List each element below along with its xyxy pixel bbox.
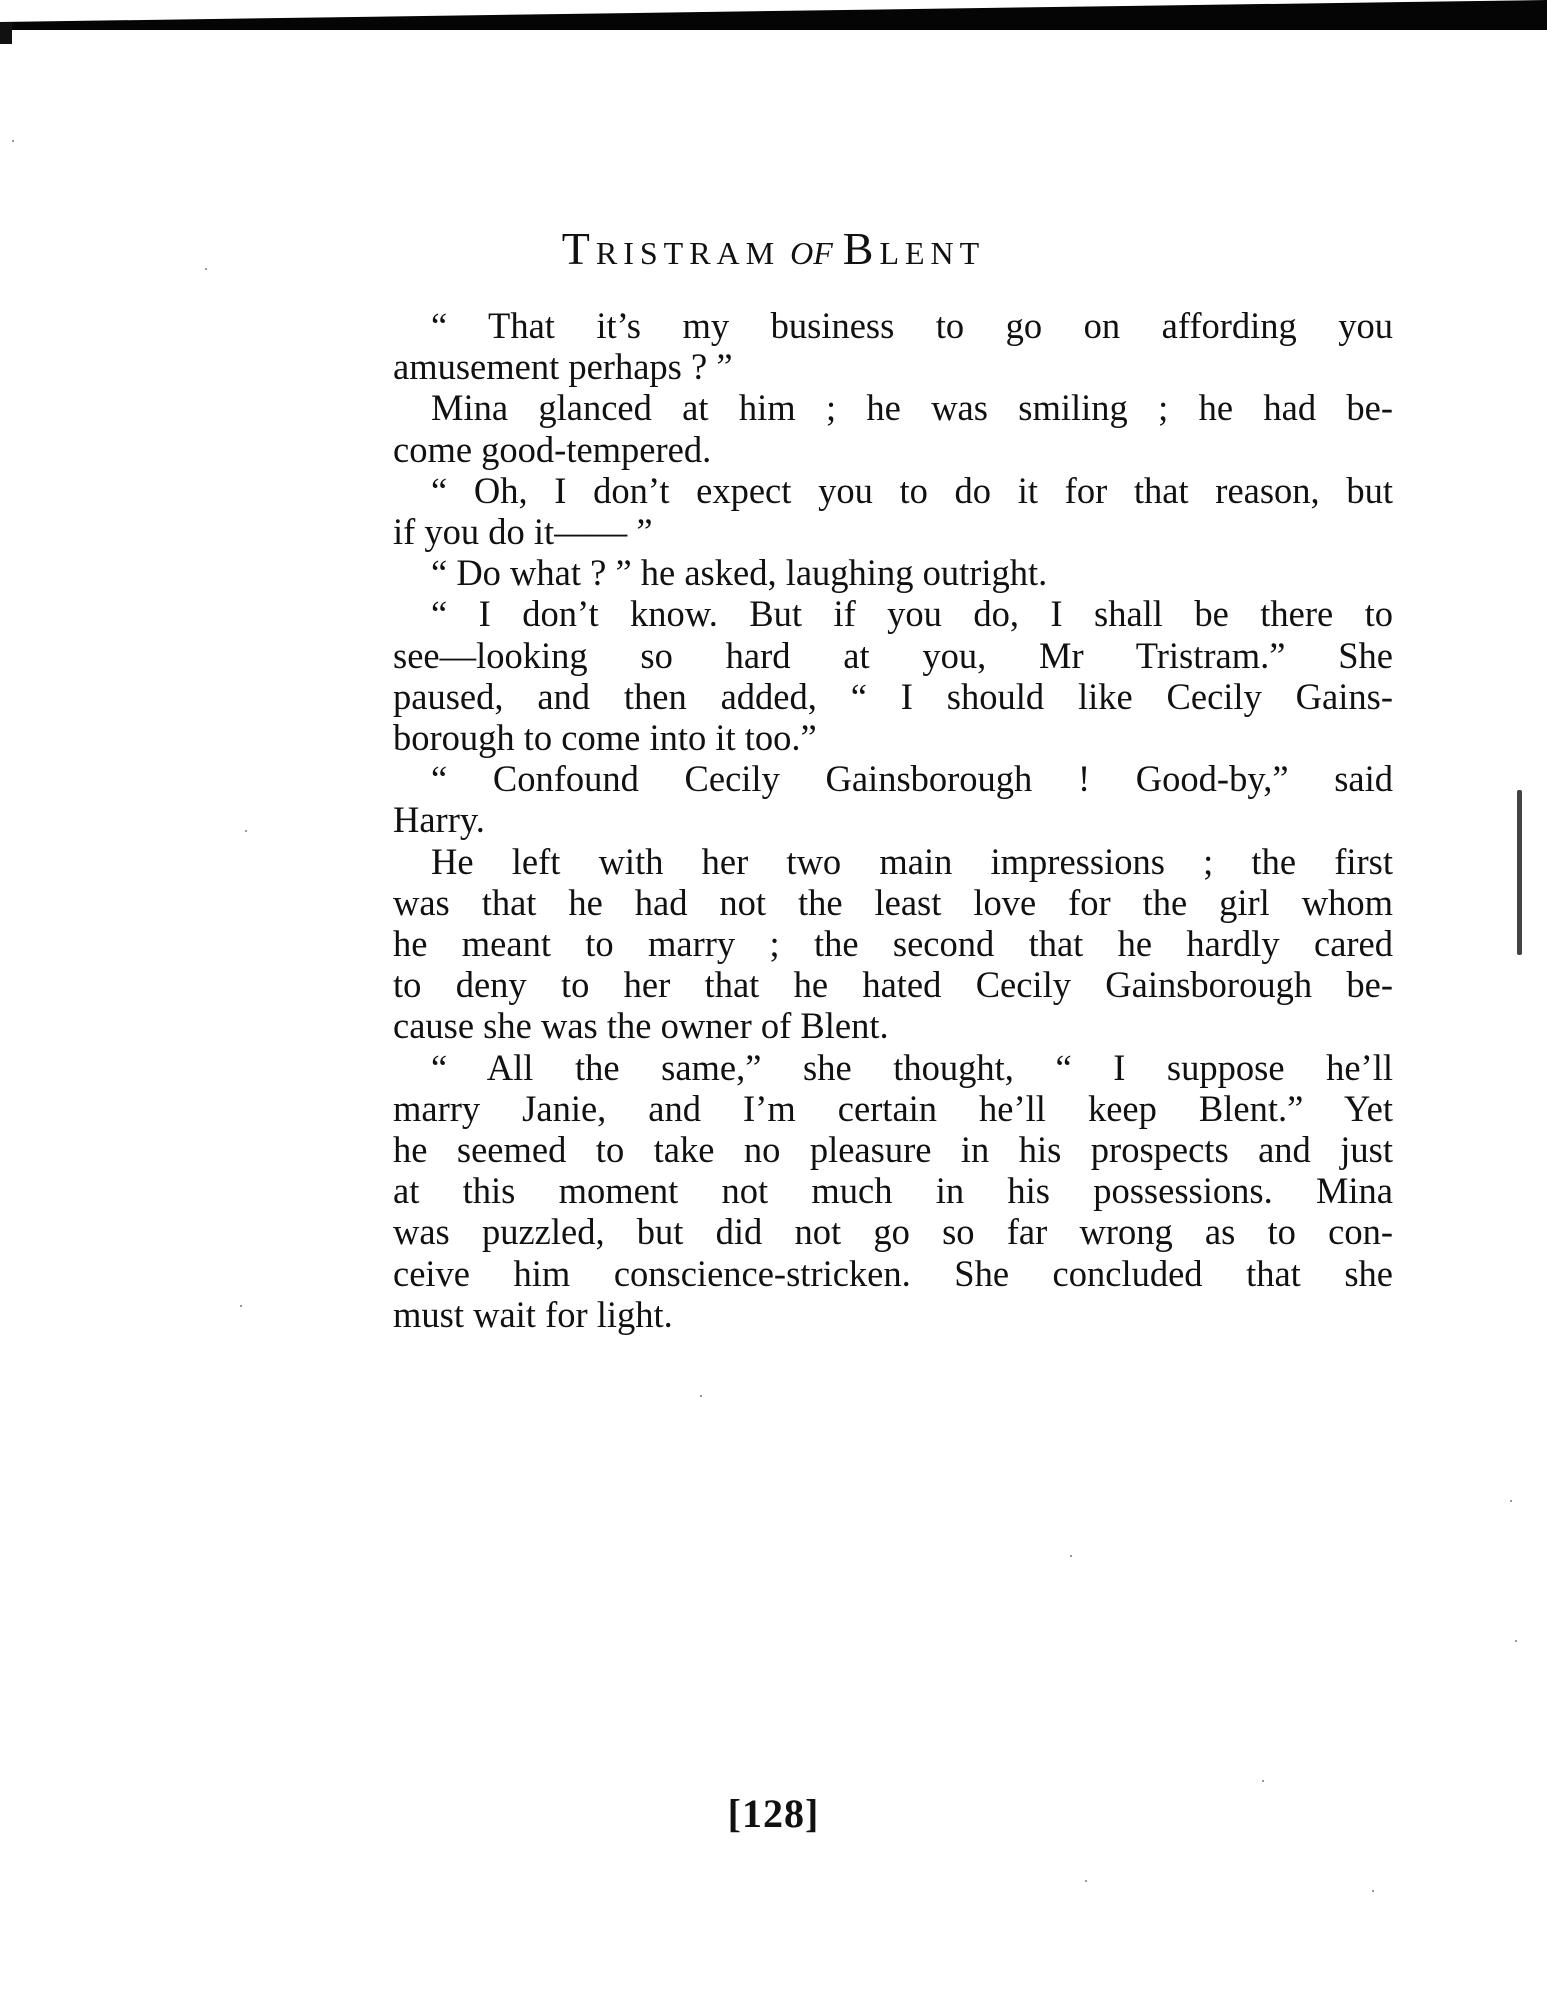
text-line: if you do it—— ”	[393, 511, 1393, 552]
running-head-title-right: Blent	[843, 223, 985, 274]
text-line: “ Oh, I don’t expect you to do it for th…	[393, 470, 1393, 511]
scan-speck	[1070, 1555, 1072, 1557]
text-line: Mina glanced at him ; he was smiling ; h…	[393, 387, 1393, 428]
text-line: amusement perhaps ? ”	[393, 346, 1393, 387]
text-line: see—looking so hard at you, Mr Tristram.…	[393, 635, 1393, 676]
text-line: come good-tempered.	[393, 429, 1393, 470]
text-line: cause she was the owner of Blent.	[393, 1005, 1393, 1046]
scan-speck	[700, 1395, 702, 1397]
running-head-title-left: Tristram	[562, 223, 780, 274]
scan-speck	[12, 140, 14, 142]
scan-speck	[1372, 1890, 1374, 1892]
text-line: “ I don’t know. But if you do, I shall b…	[393, 593, 1393, 634]
scan-speck	[1085, 1880, 1087, 1882]
binding-edge-mark	[1517, 790, 1522, 955]
running-head-connector: of	[790, 223, 833, 274]
text-line: was that he had not the least love for t…	[393, 882, 1393, 923]
scan-speck	[1510, 1500, 1512, 1502]
text-line: “ That it’s my business to go on affordi…	[393, 305, 1393, 346]
text-line: to deny to her that he hated Cecily Gain…	[393, 964, 1393, 1005]
text-line: borough to come into it too.”	[393, 717, 1393, 758]
body-text: “ That it’s my business to go on affordi…	[393, 305, 1393, 1335]
text-line: “ All the same,” she thought, “ I suppos…	[393, 1047, 1393, 1088]
text-line: marry Janie, and I’m certain he’ll keep …	[393, 1088, 1393, 1129]
text-line: “ Confound Cecily Gainsborough ! Good-by…	[393, 758, 1393, 799]
text-line: ceive him conscience-stricken. She concl…	[393, 1253, 1393, 1294]
text-line: Harry.	[393, 799, 1393, 840]
scan-speck	[245, 830, 247, 832]
text-line: paused, and then added, “ I should like …	[393, 676, 1393, 717]
text-line: he meant to marry ; the second that he h…	[393, 923, 1393, 964]
running-head: TristramofBlent	[0, 222, 1547, 275]
text-line: “ Do what ? ” he asked, laughing outrigh…	[393, 552, 1393, 593]
text-line: at this moment not much in his possessio…	[393, 1170, 1393, 1211]
scan-speck	[1515, 1640, 1517, 1642]
page-number: [128]	[0, 1790, 1547, 1837]
scan-speck	[1262, 1780, 1264, 1782]
text-line: he seemed to take no pleasure in his pro…	[393, 1129, 1393, 1170]
scan-speck	[240, 1305, 242, 1307]
text-line: was puzzled, but did not go so far wrong…	[393, 1211, 1393, 1252]
text-line: He left with her two main impressions ; …	[393, 841, 1393, 882]
text-line: must wait for light.	[393, 1294, 1393, 1335]
scan-speck	[205, 268, 207, 270]
scan-edge-corner	[0, 22, 12, 44]
scan-edge-shadow	[0, 0, 1547, 30]
